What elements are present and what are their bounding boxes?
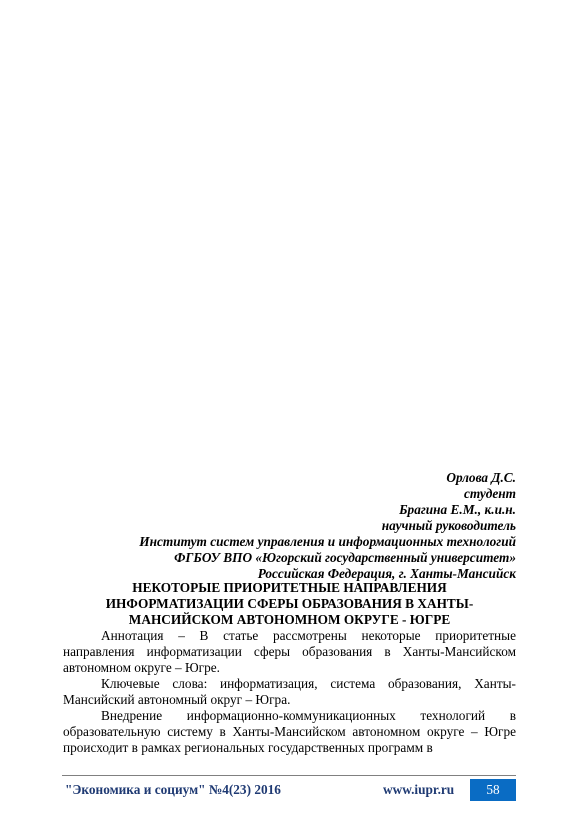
footer-journal-title: "Экономика и социум" №4(23) 2016: [65, 781, 281, 799]
footer-divider: [62, 775, 516, 776]
keywords-paragraph: Ключевые слова: информатизация, система …: [63, 676, 516, 708]
author-role-1: студент: [63, 486, 516, 502]
institute: Институт систем управления и информацион…: [63, 534, 516, 550]
title-line-2: ИНФОРМАТИЗАЦИИ СФЕРЫ ОБРАЗОВАНИЯ В ХАНТЫ…: [63, 596, 516, 612]
author-name-1: Орлова Д.С.: [63, 470, 516, 486]
author-role-2: научный руководитель: [63, 518, 516, 534]
page-number-badge: 58: [470, 779, 516, 801]
title-line-3: МАНСИЙСКОМ АВТОНОМНОМ ОКРУГЕ - ЮГРЕ: [63, 612, 516, 628]
abstract-paragraph: Аннотация – В статье рассмотрены некотор…: [63, 628, 516, 676]
university: ФГБОУ ВПО «Югорский государственный унив…: [63, 550, 516, 566]
author-name-2: Брагина Е.М., к.и.н.: [63, 502, 516, 518]
document-page: Орлова Д.С. студент Брагина Е.М., к.и.н.…: [0, 0, 580, 820]
article-body: Аннотация – В статье рассмотрены некотор…: [63, 628, 516, 756]
title-line-1: НЕКОТОРЫЕ ПРИОРИТЕТНЫЕ НАПРАВЛЕНИЯ: [63, 580, 516, 596]
intro-paragraph: Внедрение информационно-коммуникационных…: [63, 708, 516, 756]
footer-website-link[interactable]: www.iupr.ru: [383, 781, 454, 799]
article-title: НЕКОТОРЫЕ ПРИОРИТЕТНЫЕ НАПРАВЛЕНИЯ ИНФОР…: [63, 580, 516, 628]
author-block: Орлова Д.С. студент Брагина Е.М., к.и.н.…: [63, 470, 516, 582]
